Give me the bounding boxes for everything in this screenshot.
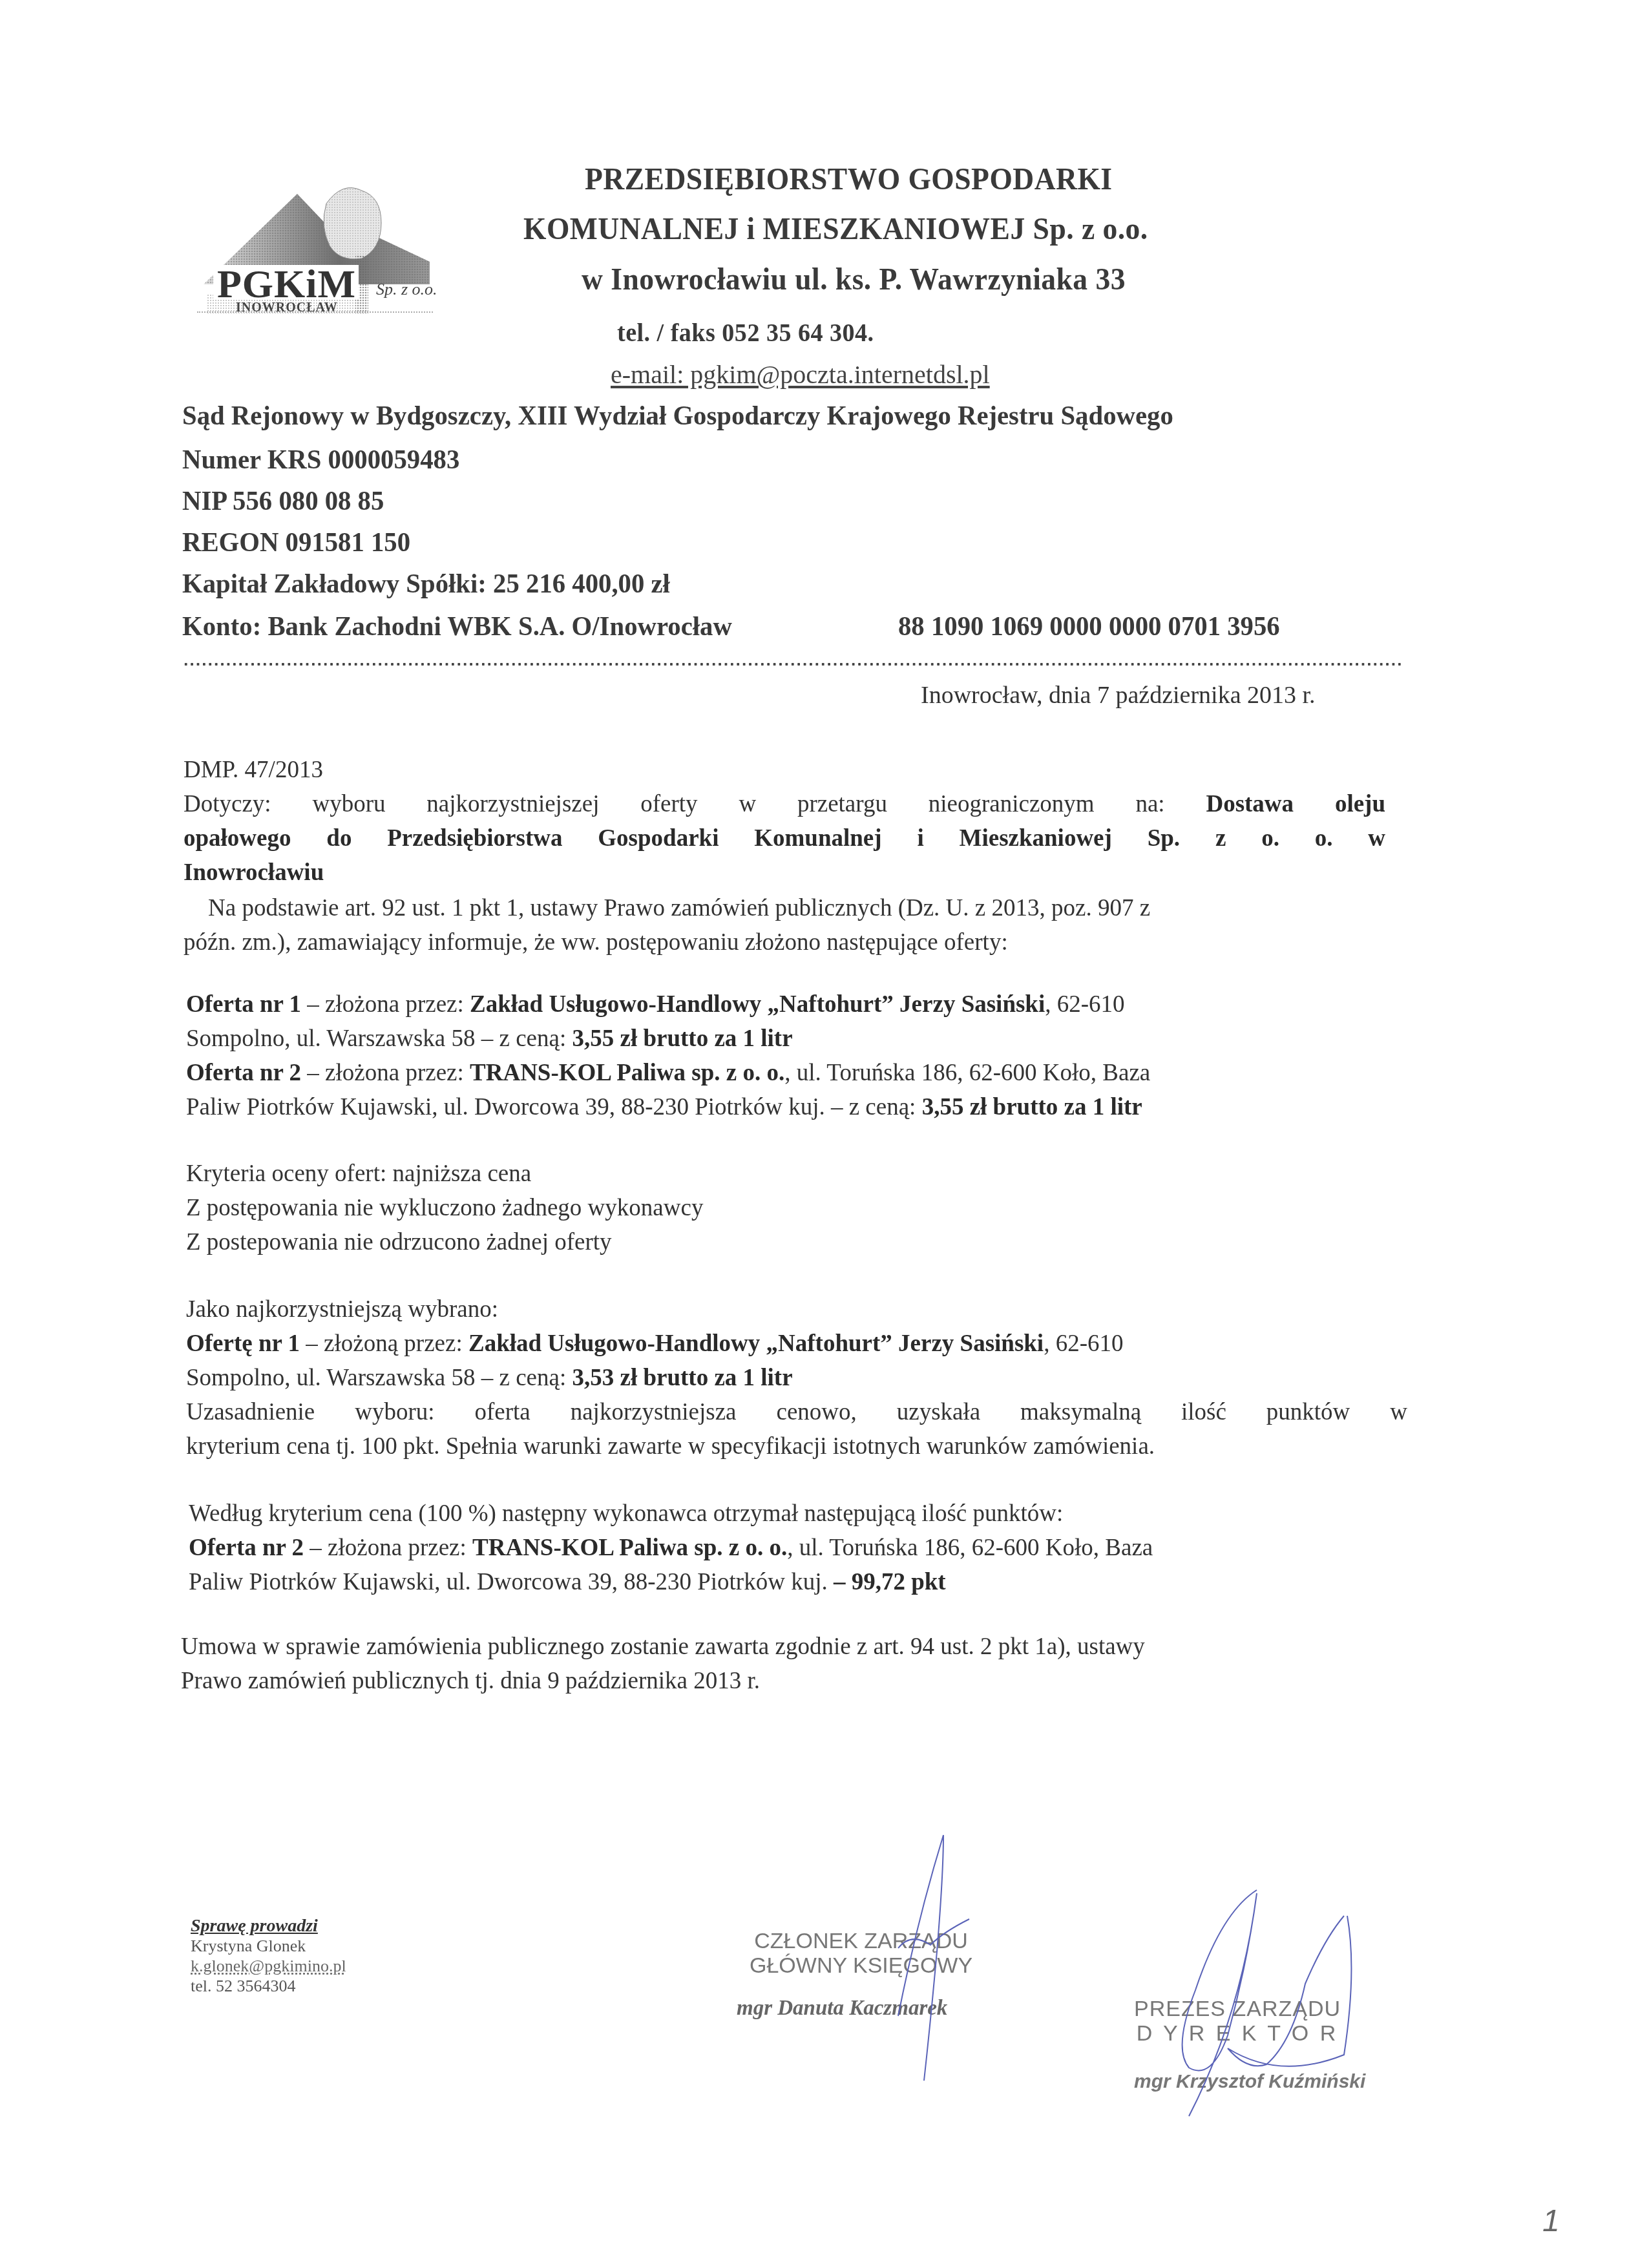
contract-line-1: Umowa w sprawie zamówienia publicznego z… (181, 1630, 1145, 1664)
no-exclusions: Z postępowania nie wykluczono żadnego wy… (186, 1191, 703, 1225)
chosen-intro: Jako najkorzystniejszą wybrano: (186, 1292, 498, 1327)
contact-email-link[interactable]: k.glonek@pgkimino.pl (191, 1956, 346, 1976)
no-rejections: Z postepowania nie odrzucono żadnej ofer… (186, 1225, 612, 1259)
subject-line-3: Inowrocławiu (184, 856, 324, 890)
next-bidder-points: – 99,72 pkt (834, 1569, 946, 1595)
offer-1-line-2: Sompolno, ul. Warszawska 58 – z ceną: 3,… (186, 1022, 793, 1056)
page-number: 1 (1542, 2203, 1560, 2239)
offer-2-line-1: Oferta nr 2 – złożona przez: TRANS-KOL P… (186, 1056, 1150, 1090)
justification-line-1: Uzasadnienie wyboru: oferta najkorzystni… (186, 1395, 1407, 1429)
reference-number: DMP. 47/2013 (184, 753, 323, 787)
next-bidder-intro: Według kryterium cena (100 %) następny w… (189, 1496, 1063, 1531)
justification-line-2: kryterium cena tj. 100 pkt. Spełnia waru… (186, 1429, 1155, 1464)
legal-basis-line-1: Na podstawie art. 92 ust. 1 pkt 1, ustaw… (208, 891, 1150, 925)
registry-account-number: 88 1090 1069 0000 0000 0701 3956 (898, 611, 1280, 642)
letterhead-phone: tel. / faks 052 35 64 304. (617, 317, 874, 348)
offer-2-price: 3,55 zł brutto za 1 litr (922, 1094, 1142, 1120)
evaluation-criteria: Kryteria oceny ofert: najniższa cena (186, 1157, 531, 1191)
letterhead-line-2: KOMUNALNEJ i MIESZKANIOWEJ Sp. z o.o. (523, 210, 1148, 247)
offer-1-line-1: Oferta nr 1 – złożona przez: Zakład Usłu… (186, 987, 1125, 1022)
chosen-offer-line-2: Sompolno, ul. Warszawska 58 – z ceną: 3,… (186, 1361, 793, 1395)
letterhead-address: w Inowrocławiu ul. ks. P. Wawrzyniaka 33 (582, 260, 1126, 297)
chosen-offer-price: 3,53 zł brutto za 1 litr (572, 1365, 792, 1391)
contact-name: Krystyna Glonek (191, 1936, 346, 1956)
subject-line-1: Dotyczy: wyboru najkorzystniejszej ofert… (184, 787, 1385, 821)
letterhead-line-1: PRZEDSIĘBIORSTWO GOSPODARKI (585, 160, 1113, 197)
registry-court: Sąd Rejonowy w Bydgoszczy, XIII Wydział … (182, 401, 1173, 432)
subject-line-2: opałowego do Przedsiębiorstwa Gospodarki… (184, 821, 1385, 856)
registry-bank: Konto: Bank Zachodni WBK S.A. O/Inowrocł… (182, 611, 732, 642)
registry-nip: NIP 556 080 08 85 (182, 486, 384, 517)
contract-line-2: Prawo zamówień publicznych tj. dnia 9 pa… (181, 1664, 760, 1698)
legal-basis-line-2: późn. zm.), zamawiający informuje, że ww… (184, 925, 1008, 960)
contact-phone: tel. 52 3564304 (191, 1976, 346, 1996)
next-bidder-line-1: Oferta nr 2 – złożona przez: TRANS-KOL P… (189, 1531, 1153, 1565)
registry-capital: Kapitał Zakładowy Spółki: 25 216 400,00 … (182, 569, 670, 600)
logo-divider (197, 311, 433, 313)
logo-suffix: Sp. z o.o. (376, 280, 437, 299)
signature-accountant-icon (859, 1822, 989, 2094)
chosen-offer-line-1: Ofertę nr 1 – złożoną przez: Zakład Usłu… (186, 1327, 1123, 1361)
registry-regon: REGON 091581 150 (182, 527, 410, 558)
contact-block: Sprawę prowadzi Krystyna Glonek k.glonek… (191, 1916, 346, 1996)
signature-director-icon (1150, 1874, 1434, 2119)
date-line: Inowrocław, dnia 7 października 2013 r. (921, 678, 1316, 713)
offer-1-price: 3,55 zł brutto za 1 litr (572, 1025, 792, 1052)
registry-krs: Numer KRS 0000059483 (182, 445, 459, 476)
company-logo: PGKiM Sp. z o.o. INOWROCŁAW (194, 165, 433, 320)
subject-bold: Dostawa oleju (1206, 791, 1385, 817)
contact-heading: Sprawę prowadzi (191, 1916, 346, 1936)
dotted-separator (183, 662, 1404, 667)
next-bidder-line-2: Paliw Piotrków Kujawski, ul. Dworcowa 39… (189, 1565, 946, 1599)
letterhead-email-link[interactable]: e-mail: pgkim@poczta.internetdsl.pl (611, 359, 990, 390)
offer-2-line-2: Paliw Piotrków Kujawski, ul. Dworcowa 39… (186, 1090, 1142, 1124)
logo-city: INOWROCŁAW (236, 300, 338, 315)
